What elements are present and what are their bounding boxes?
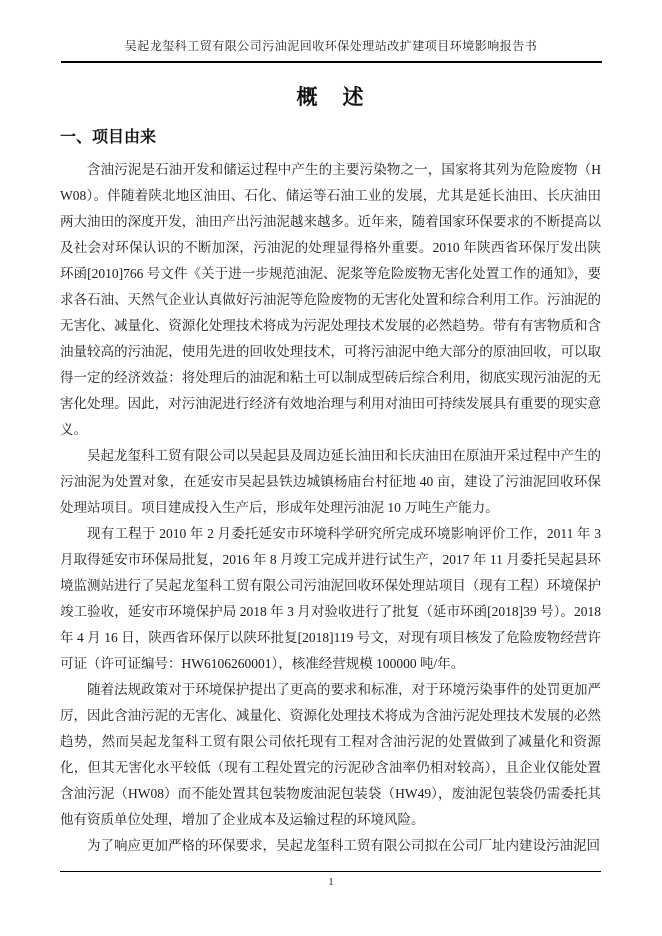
document-body: 概 述 一、项目由来 含油污泥是石油开发和储运过程中产生的主要污染物之一，国家将…	[0, 85, 662, 859]
paragraph-5: 为了响应更加严格的环保要求，吴起龙玺科工贸有限公司拟在公司厂址内建设污油泥回	[60, 833, 601, 859]
paragraph-4: 随着法规政策对于环境保护提出了更高的要求和标准，对于环境污染事件的处罚更加严厉，…	[60, 677, 601, 833]
page-header: 吴起龙玺科工贸有限公司污油泥回收环保处理站改扩建项目环境影响报告书	[0, 0, 662, 63]
document-page: 吴起龙玺科工贸有限公司污油泥回收环保处理站改扩建项目环境影响报告书 概 述 一、…	[0, 0, 662, 936]
paragraph-1: 含油污泥是石油开发和储运过程中产生的主要污染物之一，国家将其列为危险废物（HW0…	[60, 157, 601, 443]
header-divider	[61, 61, 602, 63]
paragraph-block: 含油污泥是石油开发和储运过程中产生的主要污染物之一，国家将其列为危险废物（HW0…	[60, 157, 601, 859]
paragraph-3: 现有工程于 2010 年 2 月委托延安市环境科学研究所完成环境影响评价工作，2…	[60, 521, 601, 677]
paragraph-2: 吴起龙玺科工贸有限公司以吴起县及周边延长油田和长庆油田在原油开采过程中产生的污油…	[60, 443, 601, 521]
running-header-title: 吴起龙玺科工贸有限公司污油泥回收环保处理站改扩建项目环境影响报告书	[0, 0, 662, 54]
page-title: 概 述	[0, 85, 662, 111]
section-heading-project-origin: 一、项目由来	[60, 127, 602, 149]
page-number: 1	[0, 875, 662, 889]
footer-divider	[60, 871, 601, 872]
